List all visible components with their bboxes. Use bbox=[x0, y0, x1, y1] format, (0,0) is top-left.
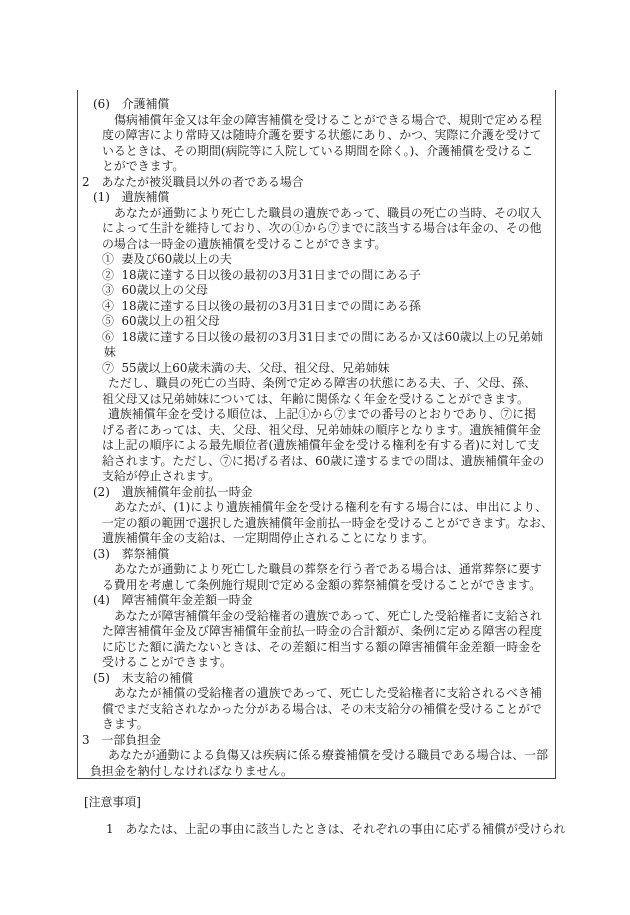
doc-line: きます。 bbox=[78, 717, 555, 733]
doc-line: ② 18歳に達する日以後の最初の3月31日までの間にある子 bbox=[78, 268, 555, 284]
doc-line: あなたが通勤により死亡した職員の葬祭を行う者である場合は、通常葬祭に要す bbox=[78, 562, 555, 578]
doc-line: 2 あなたが被災職員以外の者である場合 bbox=[78, 175, 555, 191]
doc-line: あなたが通勤による負傷又は疾病に係る療養補償を受ける職員である場合は、一部 bbox=[78, 748, 555, 764]
doc-line: た障害補償年金及び障害補償年金前払一時金の合計額が、条例に定める障害の程度 bbox=[78, 624, 555, 640]
notes-header: [注意事項] bbox=[84, 795, 584, 811]
compensation-clauses-frame: (6) 介護補償 傷病補償年金又は年金の障害補償を受けることができる場合で、規則… bbox=[77, 90, 556, 779]
doc-line: (3) 葬祭補償 bbox=[78, 547, 555, 563]
doc-line: 妹 bbox=[78, 345, 555, 361]
doc-line: (2) 遺族補償年金前払一時金 bbox=[78, 485, 555, 501]
doc-line: (4) 障害補償年金差額一時金 bbox=[78, 593, 555, 609]
notes-line: 1 あなたは、上記の事由に該当したときは、それぞれの事由に応ずる補償が受けられ bbox=[84, 822, 584, 838]
doc-line: 度の障害により常時又は随時介護を要する状態にあり、かつ、実際に介護を受けて bbox=[78, 128, 555, 144]
doc-line: に応じた額に満たないときは、その差額に相当する額の障害補償年金差額一時金を bbox=[78, 640, 555, 656]
doc-line: あなたが、(1)により遺族補償年金を受ける権利を有する場合には、申出により、 bbox=[78, 500, 555, 516]
doc-line: (5) 未支給の補償 bbox=[78, 671, 555, 687]
doc-line: 遺族補償年金を受ける順位は、上記①から⑦までの番号のとおりであり、⑦に掲 bbox=[78, 407, 555, 423]
doc-line: ⑦ 55歳以上60歳未満の夫、父母、祖父母、兄弟姉妹 bbox=[78, 361, 555, 377]
doc-line: ただし、職員の死亡の当時、条例で定める障害の状態にある夫、子、父母、孫、 bbox=[78, 376, 555, 392]
doc-line: ④ 18歳に達する日以後の最初の3月31日までの間にある孫 bbox=[78, 299, 555, 315]
doc-line: によって生計を維持しており、次の①から⑦までに該当する場合は年金の、その他 bbox=[78, 221, 555, 237]
doc-line: 遺族補償年金の支給は、一定期間停止されることになります。 bbox=[78, 531, 555, 547]
doc-line: (6) 介護補償 bbox=[78, 97, 555, 113]
doc-line: 3 一部負担金 bbox=[78, 733, 555, 749]
doc-line: あなたが補償の受給権者の遺族であって、死亡した受給権者に支給されるべき補 bbox=[78, 686, 555, 702]
doc-line: 支給が停止されます。 bbox=[78, 469, 555, 485]
doc-line: あなたが障害補償年金の受給権者の遺族であって、死亡した受給権者に支給され bbox=[78, 609, 555, 625]
doc-line: ③ 60歳以上の父母 bbox=[78, 283, 555, 299]
doc-line: 償でまだ支給されなかった分がある場合は、その未支給分の補償を受けることがで bbox=[78, 702, 555, 718]
doc-line: る費用を考慮して条例施行規則で定める金額の葬祭補償を受けることができます。 bbox=[78, 578, 555, 594]
doc-line: とができます。 bbox=[78, 159, 555, 175]
doc-line: 負担金を納付しなければなりません。 bbox=[78, 764, 555, 780]
doc-line: の場合は一時金の遺族補償を受けることができます。 bbox=[78, 237, 555, 253]
document-page: (6) 介護補償 傷病補償年金又は年金の障害補償を受けることができる場合で、規則… bbox=[0, 0, 630, 915]
doc-line: 一定の額の範囲で選択した遺族補償年金前払一時金を受けることができます。なお、 bbox=[78, 516, 555, 532]
doc-line: 給されます。ただし、⑦に掲げる者は、60歳に達するまでの間は、遺族補償年金の bbox=[78, 454, 555, 470]
doc-line: 傷病補償年金又は年金の障害補償を受けることができる場合で、規則で定める程 bbox=[78, 113, 555, 129]
doc-line: ① 妻及び60歳以上の夫 bbox=[78, 252, 555, 268]
doc-line: は上記の順序による最先順位者(遺族補償年金を受ける権利を有する者)に対して支 bbox=[78, 438, 555, 454]
doc-line: いるときは、その期間(病院等に入院している期間を除く。)、介護補償を受けるこ bbox=[78, 144, 555, 160]
doc-line: 祖父母又は兄弟姉妹については、年齢に関係なく年金を受けることができます。 bbox=[78, 392, 555, 408]
doc-line: 受けることができます。 bbox=[78, 655, 555, 671]
doc-line: ⑥ 18歳に達する日以後の最初の3月31日までの間にあるか又は60歳以上の兄弟姉 bbox=[78, 330, 555, 346]
doc-line: ⑤ 60歳以上の祖父母 bbox=[78, 314, 555, 330]
doc-line: あなたが通勤により死亡した職員の遺族であって、職員の死亡の当時、その収入 bbox=[78, 206, 555, 222]
doc-line: げる者にあっては、夫、父母、祖父母、兄弟姉妹の順序となります。遺族補償年金 bbox=[78, 423, 555, 439]
doc-line: (1) 遺族補償 bbox=[78, 190, 555, 206]
notes-section: [注意事項] 1 あなたは、上記の事由に該当したときは、それぞれの事由に応ずる補… bbox=[84, 795, 584, 837]
